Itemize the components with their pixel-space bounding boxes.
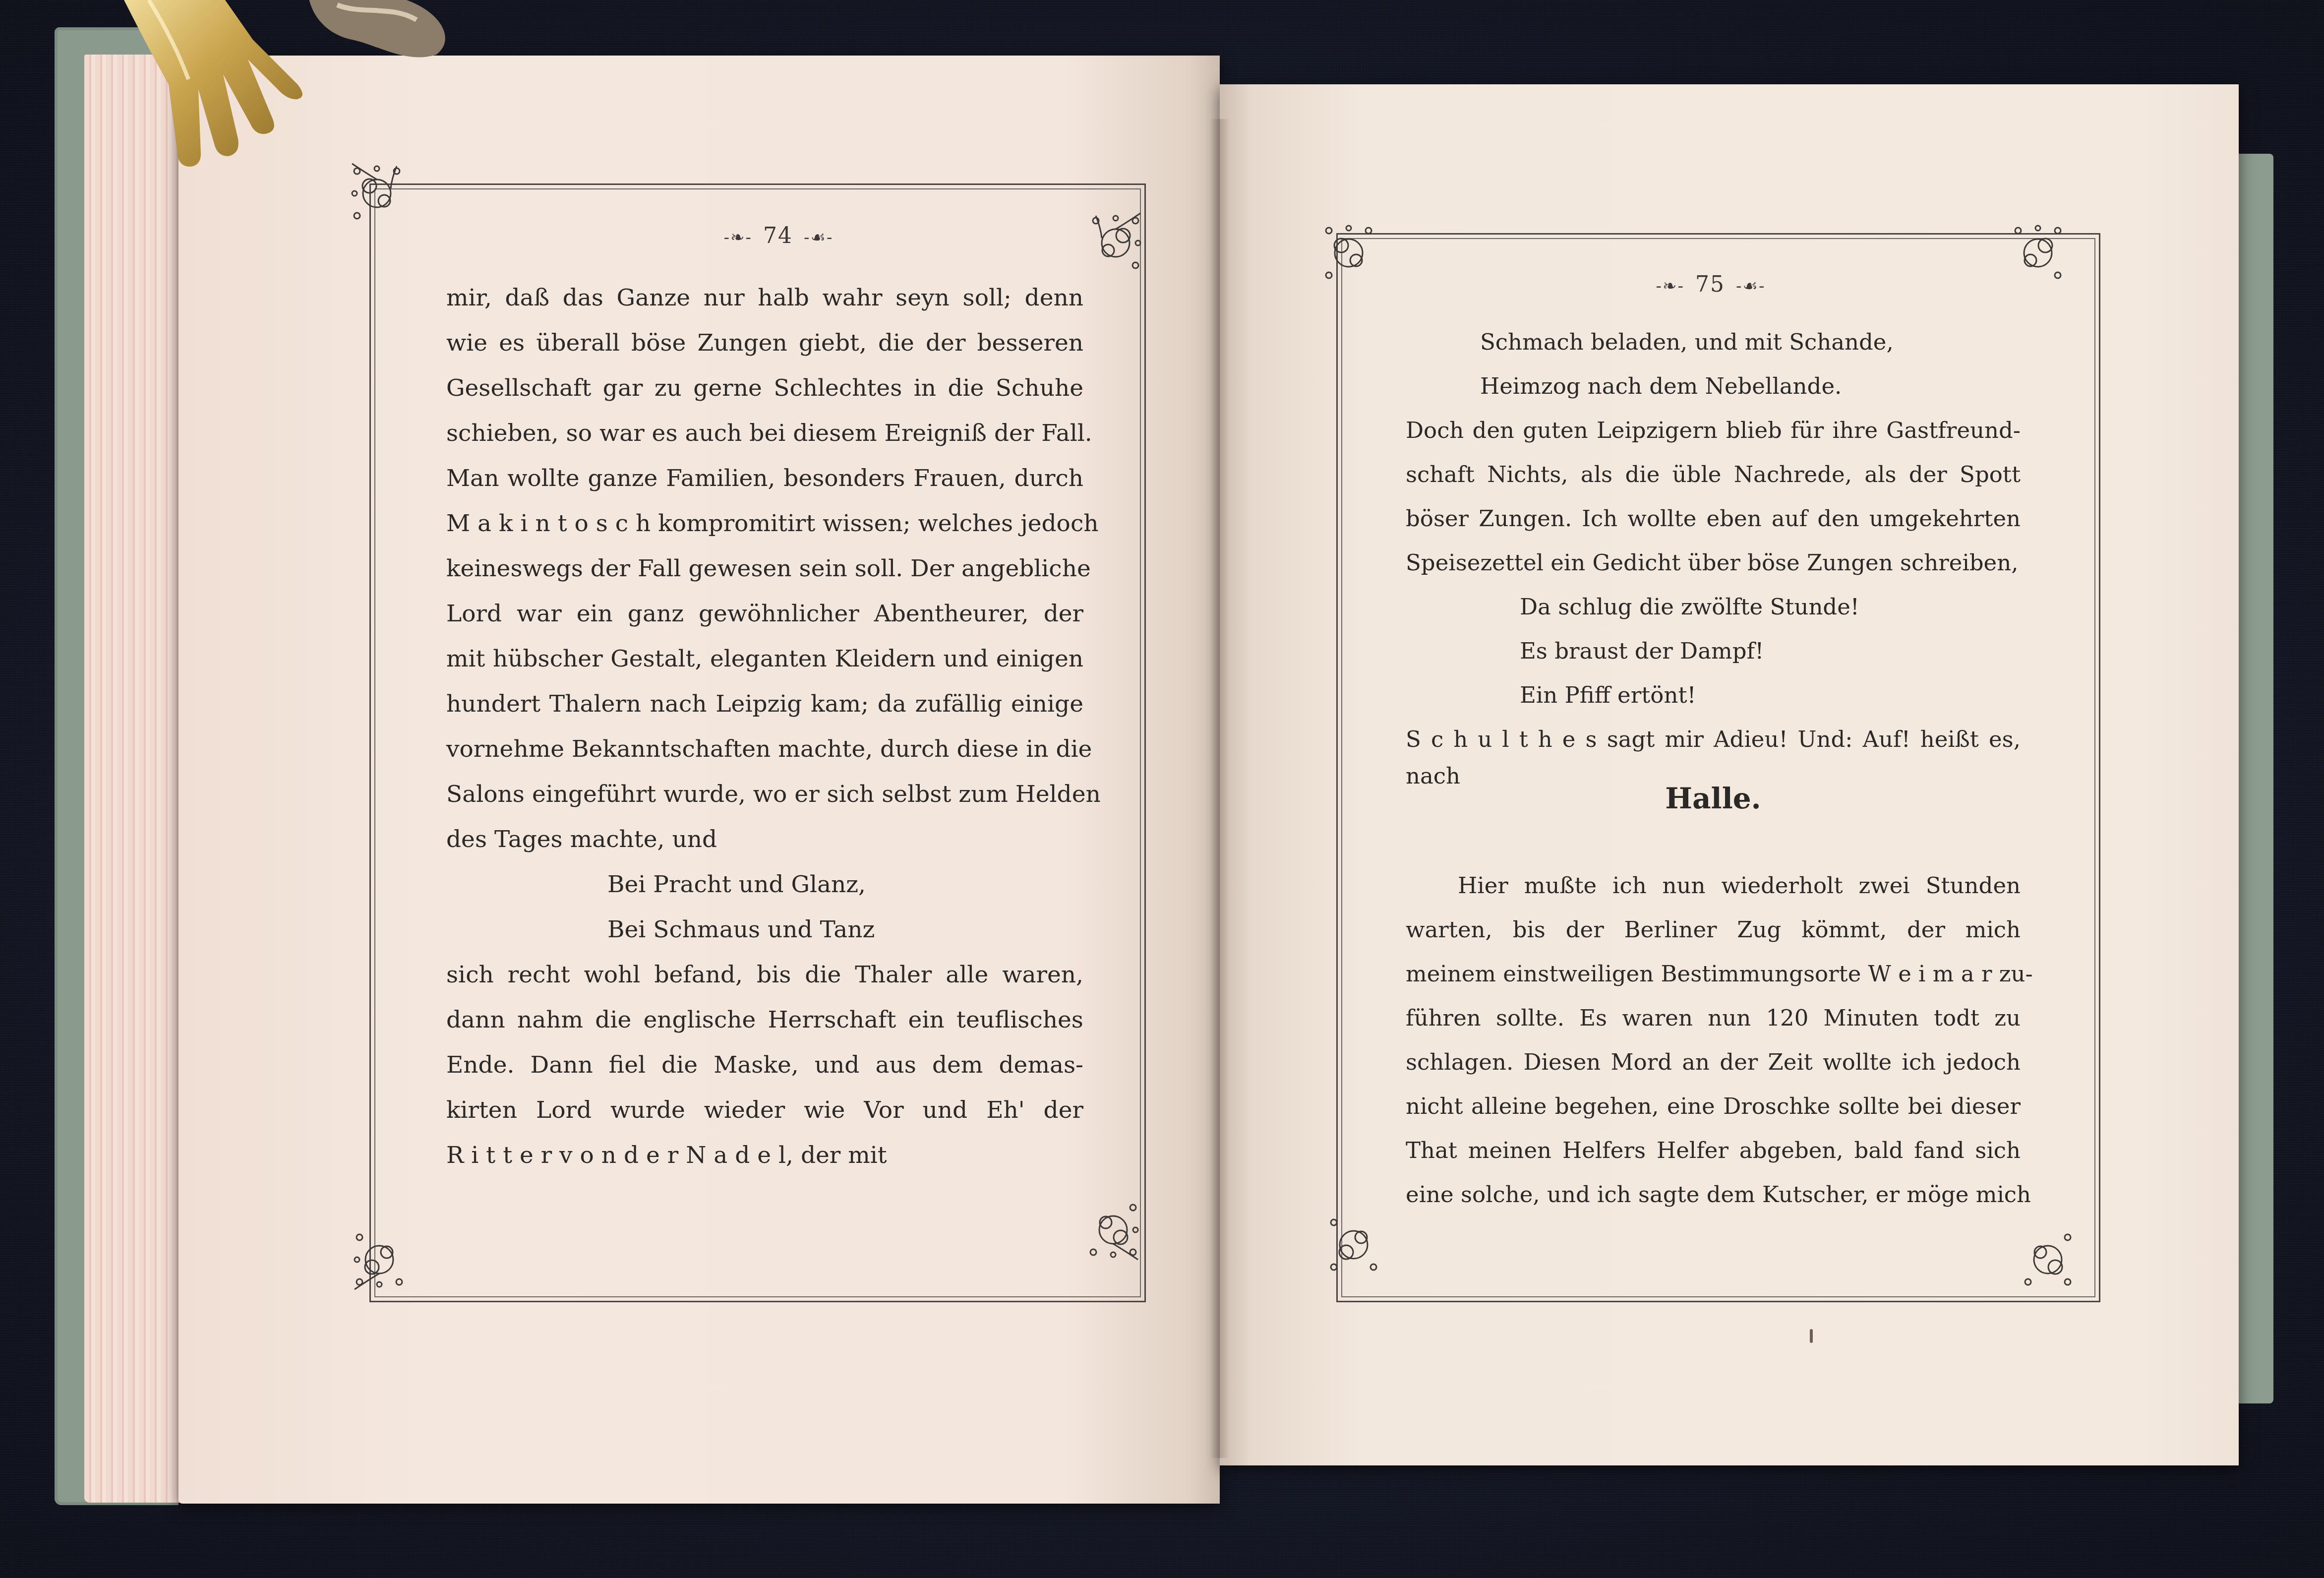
paper-mark (1810, 1329, 1813, 1343)
text-line: keineswegs der Fall gewesen sein soll. D… (446, 546, 1083, 591)
text-line: eine solche, und ich sagte dem Kutscher,… (1406, 1172, 2021, 1216)
text-line: Speisezettel ein Gedicht über böse Zunge… (1406, 541, 2021, 585)
text-line: führen sollte. Es waren nun 120 Minuten … (1406, 996, 2021, 1040)
brass-hand-icon (89, 0, 387, 188)
verse-line: Ein Pfiff ertönt! (1406, 673, 2021, 717)
text-line: Lord war ein ganz gewöhnlicher Abentheur… (446, 591, 1083, 636)
text-line: böser Zungen. Ich wollte eben auf den um… (1406, 496, 2021, 541)
ornament-corner-icon (2018, 1225, 2078, 1294)
text-line: wie es überall böse Zungen giebt, die de… (446, 320, 1083, 365)
text-line: schaft Nichts, als die üble Nachrede, al… (1406, 452, 2021, 496)
text-line: nicht alleine begehen, eine Droschke sol… (1406, 1084, 2021, 1128)
ornament-corner-icon (1086, 208, 1145, 278)
verse-line: Heimzog nach dem Nebellande. (1406, 364, 2021, 408)
folio-ornament-icon: -❧- (724, 228, 752, 247)
text-line: Gesellschaft gar zu gerne Schlechtes in … (446, 365, 1083, 411)
spacer (1406, 826, 2021, 863)
ornament-corner-icon (1319, 218, 1378, 288)
ornament-corner-icon (1324, 1210, 1383, 1279)
folio-ornament-icon: -❧- (1656, 276, 1684, 296)
left-page-text: mir, daß das Ganze nur halb wahr seyn so… (446, 275, 1083, 1178)
verse-line: Schmach beladen, und mit Schande, (1406, 320, 2021, 364)
right-page-number: -❧-75-☙- (1621, 272, 1800, 297)
ornament-corner-icon (1083, 1195, 1143, 1265)
verse-line: Bei Pracht und Glanz, (446, 862, 1083, 907)
text-line: mit hübscher Gestalt, eleganten Kleidern… (446, 636, 1083, 681)
verse-line: Da schlug die zwölfte Stunde! (1406, 585, 2021, 629)
text-line: Doch den guten Leipzigern blieb für ihre… (1406, 408, 2021, 452)
text-line: meinem einstweiligen Bestimmungsorte W e… (1406, 952, 2021, 996)
text-line: schlagen. Diesen Mord an der Zeit wollte… (1406, 1040, 2021, 1084)
page-number-75: 75 (1695, 272, 1725, 297)
text-line: nach (1406, 761, 2021, 781)
text-line: Ende. Dann fiel die Maske, und aus dem d… (446, 1042, 1083, 1088)
ornament-corner-icon (350, 1225, 409, 1294)
text-line: vornehme Bekanntschaften machte, durch d… (446, 727, 1083, 772)
section-heading: Halle. (1406, 781, 2021, 826)
text-line: S c h u l t h e s sagt mir Adieu! Und: A… (1406, 717, 2021, 761)
ornament-corner-icon (2008, 218, 2068, 288)
text-line: des Tages machte, und (446, 817, 1083, 862)
text-line: kirten Lord wurde wieder wie Vor und Eh'… (446, 1088, 1083, 1133)
text-line: warten, bis der Berliner Zug kömmt, der … (1406, 908, 2021, 952)
page-number-74: 74 (763, 223, 793, 248)
text-line: That meinen Helfers Helfer abgeben, bald… (1406, 1128, 2021, 1172)
text-line: M a k i n t o s c h kompromitirt wissen;… (446, 501, 1083, 546)
book-gutter (1210, 119, 1230, 1458)
text-line: sich recht wohl befand, bis die Thaler a… (446, 952, 1083, 997)
verse-line: Bei Schmaus und Tanz (446, 907, 1083, 952)
folio-ornament-icon: -☙- (804, 228, 833, 247)
left-page-number: -❧-74-☙- (689, 223, 868, 248)
folio-ornament-icon: -☙- (1736, 276, 1765, 296)
text-line: Man wollte ganze Familien, besonders Fra… (446, 456, 1083, 501)
text-line: schieben, so war es auch bei diesem Erei… (446, 411, 1083, 456)
text-line: R i t t e r v o n d e r N a d e l, der m… (446, 1133, 1083, 1178)
text-line: Hier mußte ich nun wiederholt zwei Stund… (1406, 863, 2021, 908)
text-line: dann nahm die englische Herrschaft ein t… (446, 997, 1083, 1042)
text-line: Salons eingeführt wurde, wo er sich selb… (446, 772, 1083, 817)
verse-line: Es braust der Dampf! (1406, 629, 2021, 673)
text-line: mir, daß das Ganze nur halb wahr seyn so… (446, 275, 1083, 320)
text-line: hundert Thalern nach Leipzig kam; da zuf… (446, 681, 1083, 727)
right-page-text: Schmach beladen, und mit Schande, Heimzo… (1406, 320, 2021, 1216)
